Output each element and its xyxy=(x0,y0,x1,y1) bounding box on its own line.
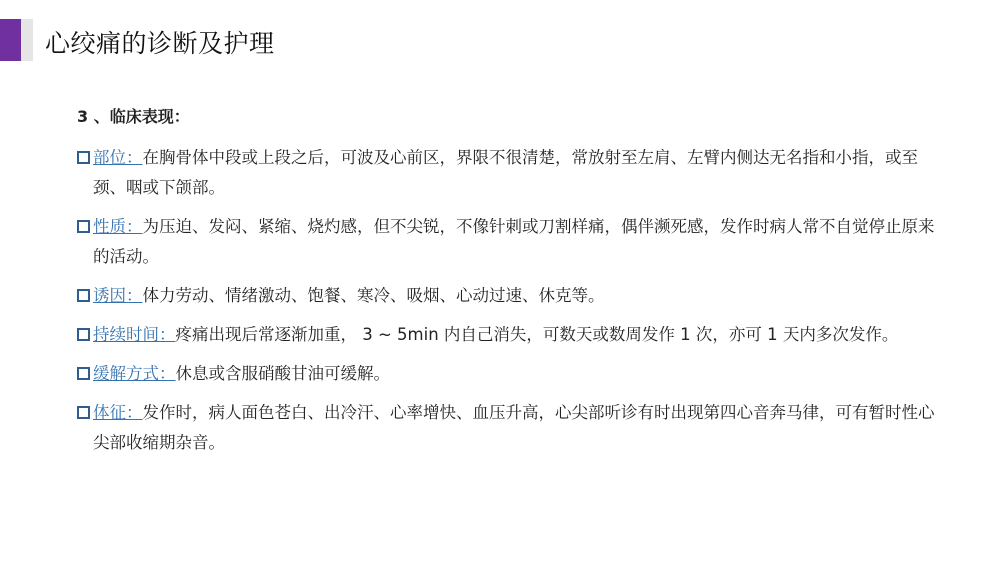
page-title: 心绞痛的诊断及护理 xyxy=(45,24,275,60)
list-item-location: 部位：在胸骨体中段或上段之后，可波及心前区，界限不很清楚，常放射至左肩、左臂内侧… xyxy=(77,143,947,203)
item-label-link[interactable]: 性质： xyxy=(93,217,143,236)
item-label-link[interactable]: 诱因： xyxy=(93,286,143,305)
item-text: 在胸骨体中段或上段之后，可波及心前区，界限不很清楚，常放射至左肩、左臂内侧达无名… xyxy=(93,148,918,197)
square-bullet-icon xyxy=(77,151,90,164)
square-bullet-icon xyxy=(77,367,90,380)
item-text: 休息或含服硝酸甘油可缓解。 xyxy=(176,364,391,383)
section-heading: 3 、临床表现： xyxy=(77,104,190,127)
item-text: 疼痛出现后常逐渐加重， 3 ~ 5min 内自己消失，可数天或数周发作 1 次，… xyxy=(176,325,899,344)
title-accent-bar xyxy=(0,19,21,61)
item-label-link[interactable]: 缓解方式： xyxy=(93,364,176,383)
item-label-link[interactable]: 持续时间： xyxy=(93,325,176,344)
item-label-link[interactable]: 部位： xyxy=(93,148,143,167)
square-bullet-icon xyxy=(77,289,90,302)
list-item-relief: 缓解方式：休息或含服硝酸甘油可缓解。 xyxy=(77,359,947,389)
title-accent-bar-light xyxy=(21,19,33,61)
square-bullet-icon xyxy=(77,328,90,341)
item-text: 体力劳动、情绪激动、饱餐、寒冷、吸烟、心动过速、休克等。 xyxy=(143,286,605,305)
list-item-nature: 性质：为压迫、发闷、紧缩、烧灼感，但不尖锐，不像针刺或刀割样痛，偶伴濒死感，发作… xyxy=(77,212,947,272)
list-item-signs: 体征：发作时，病人面色苍白、出冷汗、心率增快、血压升高，心尖部听诊有时出现第四心… xyxy=(77,398,947,458)
square-bullet-icon xyxy=(77,220,90,233)
clinical-manifestations-list: 部位：在胸骨体中段或上段之后，可波及心前区，界限不很清楚，常放射至左肩、左臂内侧… xyxy=(77,143,947,467)
list-item-duration: 持续时间：疼痛出现后常逐渐加重， 3 ~ 5min 内自己消失，可数天或数周发作… xyxy=(77,320,947,350)
list-item-triggers: 诱因：体力劳动、情绪激动、饱餐、寒冷、吸烟、心动过速、休克等。 xyxy=(77,281,947,311)
square-bullet-icon xyxy=(77,406,90,419)
item-label-link[interactable]: 体征： xyxy=(93,403,143,422)
item-text: 为压迫、发闷、紧缩、烧灼感，但不尖锐，不像针刺或刀割样痛，偶伴濒死感，发作时病人… xyxy=(93,217,935,266)
item-text: 发作时，病人面色苍白、出冷汗、心率增快、血压升高，心尖部听诊有时出现第四心音奔马… xyxy=(93,403,935,452)
